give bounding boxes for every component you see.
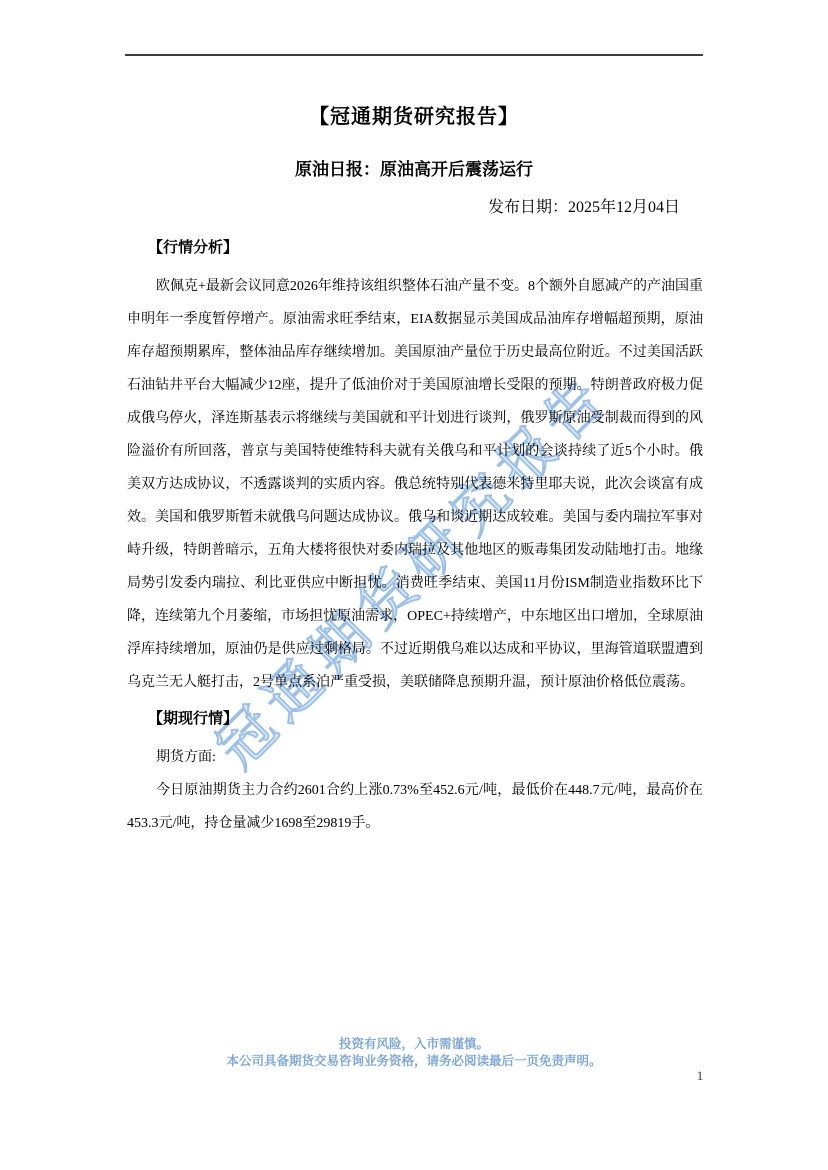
publish-date-value: 2025年12月04日 xyxy=(568,199,680,216)
market-analysis-paragraph: 欧佩克+最新会议同意2026年维持该组织整体石油产量不变。8个额外自愿减产的产油… xyxy=(127,270,703,699)
page-number: 1 xyxy=(688,1068,712,1084)
publish-date: 发布日期：2025年12月04日 xyxy=(125,194,703,217)
section-heading-futures-spot: 【期现行情】 xyxy=(127,709,703,729)
report-title: 原油日报：原油高开后震荡运行 xyxy=(125,155,703,180)
futures-side-label: 期货方面: xyxy=(127,741,703,774)
section-heading-market-analysis: 【行情分析】 xyxy=(127,238,703,258)
report-body: 【行情分析】 欧佩克+最新会议同意2026年维持该组织整体石油产量不变。8个额外… xyxy=(127,238,703,840)
risk-warning-line: 投资有风险，入市需谨慎。 xyxy=(0,1036,828,1053)
report-series-title: 【冠通期货研究报告】 xyxy=(125,100,703,129)
page-footer: 投资有风险，入市需谨慎。 本公司具备期货交易咨询业务资格，请务必阅读最后一页免责… xyxy=(0,1036,828,1070)
report-page: 【冠通期货研究报告】 原油日报：原油高开后震荡运行 发布日期：2025年12月0… xyxy=(0,0,828,1170)
futures-market-paragraph: 今日原油期货主力合约2601合约上涨0.73%至452.6元/吨，最低价在448… xyxy=(127,774,703,840)
publish-date-label: 发布日期： xyxy=(488,199,568,216)
header-divider xyxy=(125,54,703,56)
